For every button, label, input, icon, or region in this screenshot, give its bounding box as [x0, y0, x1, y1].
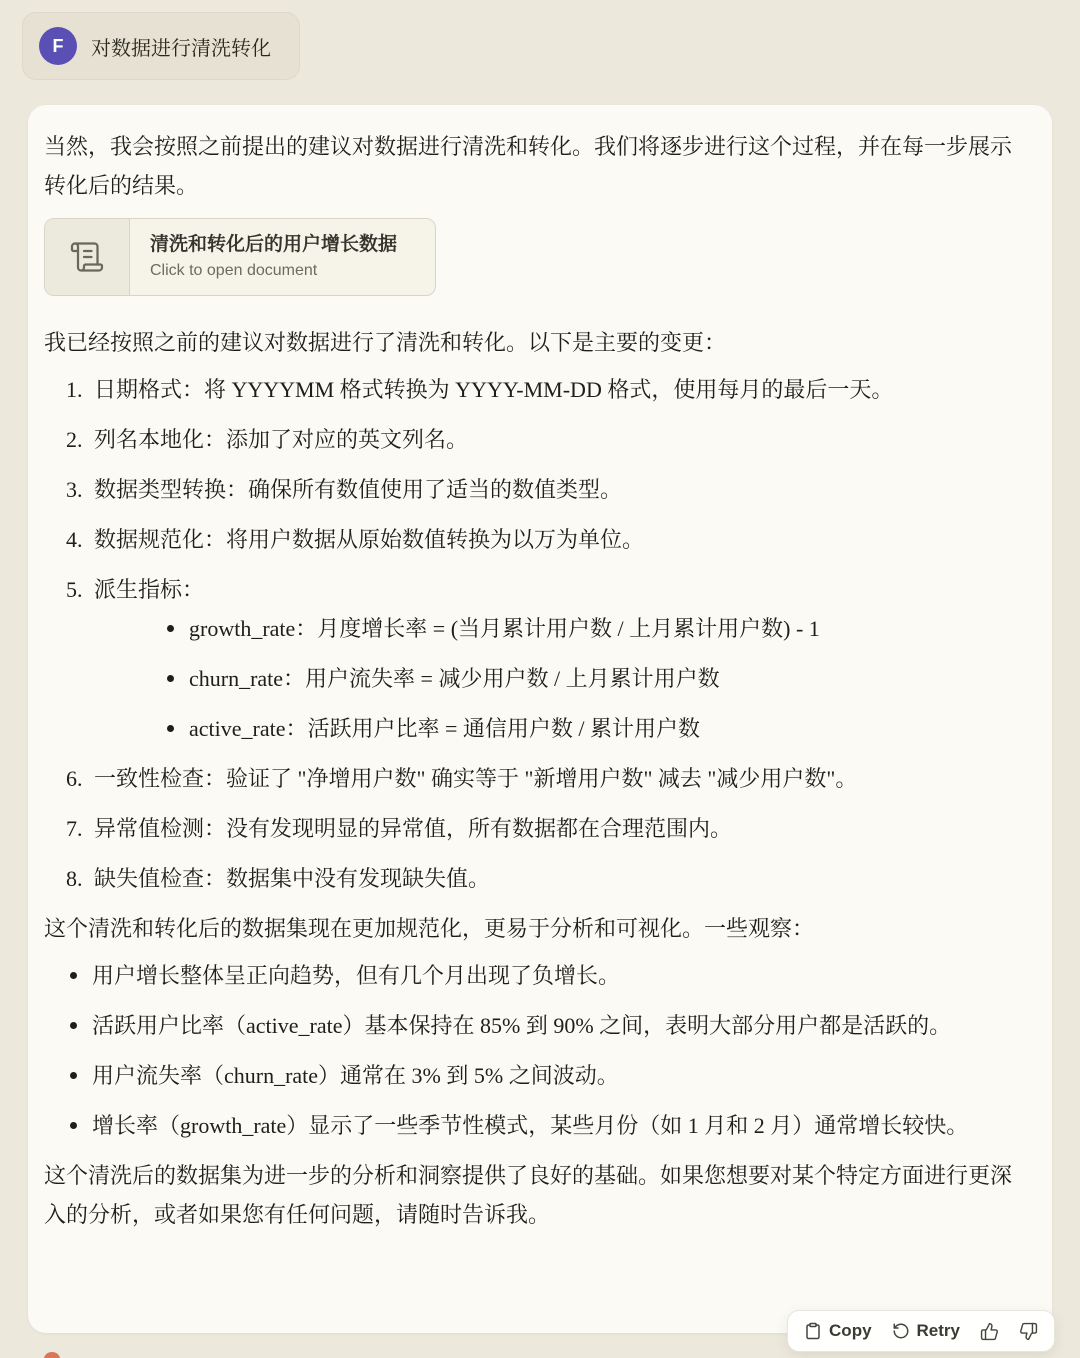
- list-item: 3. 数据类型转换：确保所有数值使用了适当的数值类型。: [44, 470, 1012, 509]
- list-item: 增长率（growth_rate）显示了一些季节性模式，某些月份（如 1 月和 2…: [44, 1106, 1012, 1145]
- list-item: 5. 派生指标： growth_rate：月度增长率 = (当月累计用户数 / …: [44, 570, 1012, 748]
- thumbs-down-button[interactable]: [1019, 1322, 1038, 1341]
- list-item: 活跃用户比率（active_rate）基本保持在 85% 到 90% 之间，表明…: [44, 1006, 1012, 1045]
- retry-button-label: Retry: [917, 1321, 960, 1341]
- list-item-text: 日期格式：将 YYYYMM 格式转换为 YYYY-MM-DD 格式，使用每月的最…: [94, 377, 893, 402]
- list-item: 用户流失率（churn_rate）通常在 3% 到 5% 之间波动。: [44, 1056, 1012, 1095]
- observations-list: 用户增长整体呈正向趋势，但有几个月出现了负增长。 活跃用户比率（active_r…: [44, 956, 1012, 1145]
- list-item-text: 数据类型转换：确保所有数值使用了适当的数值类型。: [94, 477, 622, 502]
- changes-list: 1. 日期格式：将 YYYYMM 格式转换为 YYYY-MM-DD 格式，使用每…: [44, 370, 1012, 898]
- bullet-dot-icon: [167, 625, 174, 632]
- user-message-text: 对数据进行清洗转化: [91, 32, 271, 61]
- list-item: 4. 数据规范化：将用户数据从原始数值转换为以万为单位。: [44, 520, 1012, 559]
- changes-intro-paragraph: 我已经按照之前的建议对数据进行了清洗和转化。以下是主要的变更：: [44, 323, 1012, 362]
- closing-paragraph: 这个清洗后的数据集为进一步的分析和洞察提供了良好的基础。如果您想要对某个特定方面…: [44, 1156, 1012, 1234]
- bullet-dot-icon: [70, 1022, 77, 1029]
- list-item-text: 用户流失率（churn_rate）通常在 3% 到 5% 之间波动。: [92, 1063, 619, 1088]
- clipboard-icon: [804, 1322, 822, 1340]
- retry-icon: [892, 1322, 910, 1340]
- list-item-text: 异常值检测：没有发现明显的异常值，所有数据都在合理范围内。: [94, 816, 732, 841]
- list-item-text: 数据规范化：将用户数据从原始数值转换为以万为单位。: [94, 527, 644, 552]
- list-item: 6. 一致性检查：验证了 "净增用户数" 确实等于 "新增用户数" 减去 "减少…: [44, 759, 1012, 798]
- thumbs-down-icon: [1019, 1322, 1038, 1341]
- bullet-dot-icon: [70, 1122, 77, 1129]
- derived-metrics-list: growth_rate：月度增长率 = (当月累计用户数 / 上月累计用户数) …: [94, 609, 1012, 748]
- message-toolbar: Copy Retry: [787, 1310, 1055, 1352]
- list-number: 2.: [66, 420, 83, 459]
- bullet-dot-icon: [167, 725, 174, 732]
- list-item: 1. 日期格式：将 YYYYMM 格式转换为 YYYY-MM-DD 格式，使用每…: [44, 370, 1012, 409]
- list-item-text: 列名本地化：添加了对应的英文列名。: [94, 427, 468, 452]
- list-item-text: churn_rate：用户流失率 = 减少用户数 / 上月累计用户数: [189, 666, 720, 691]
- list-number: 3.: [66, 470, 83, 509]
- claude-logo-peek: [44, 1352, 60, 1358]
- document-icon-cell: [45, 219, 130, 295]
- document-title: 清洗和转化后的用户增长数据: [150, 232, 397, 258]
- list-item-text: 用户增长整体呈正向趋势，但有几个月出现了负增长。: [92, 963, 620, 988]
- bullet-dot-icon: [70, 1072, 77, 1079]
- user-message-bubble: F 对数据进行清洗转化: [22, 12, 300, 80]
- bullet-dot-icon: [167, 675, 174, 682]
- list-item-text: 增长率（growth_rate）显示了一些季节性模式，某些月份（如 1 月和 2…: [92, 1113, 968, 1138]
- list-number: 1.: [66, 370, 83, 409]
- scroll-icon: [69, 239, 105, 275]
- intro-paragraph: 当然，我会按照之前提出的建议对数据进行清洗和转化。我们将逐步进行这个过程，并在每…: [44, 127, 1012, 205]
- copy-button[interactable]: Copy: [804, 1321, 872, 1341]
- user-avatar: F: [39, 27, 77, 65]
- assistant-message-card: 当然，我会按照之前提出的建议对数据进行清洗和转化。我们将逐步进行这个过程，并在每…: [28, 105, 1052, 1333]
- document-subtitle: Click to open document: [150, 260, 397, 282]
- list-item-text: 一致性检查：验证了 "净增用户数" 确实等于 "新增用户数" 减去 "减少用户数…: [94, 766, 857, 791]
- list-item: 用户增长整体呈正向趋势，但有几个月出现了负增长。: [44, 956, 1012, 995]
- copy-button-label: Copy: [829, 1321, 872, 1341]
- thumbs-up-button[interactable]: [980, 1322, 999, 1341]
- document-info: 清洗和转化后的用户增长数据 Click to open document: [130, 219, 413, 295]
- thumbs-up-icon: [980, 1322, 999, 1341]
- list-item: 2. 列名本地化：添加了对应的英文列名。: [44, 420, 1012, 459]
- bullet-dot-icon: [70, 972, 77, 979]
- list-number: 7.: [66, 809, 83, 848]
- list-item-text: 活跃用户比率（active_rate）基本保持在 85% 到 90% 之间，表明…: [92, 1013, 951, 1038]
- list-item: 8. 缺失值检查：数据集中没有发现缺失值。: [44, 859, 1012, 898]
- list-item-text: 缺失值检查：数据集中没有发现缺失值。: [94, 866, 490, 891]
- list-item: growth_rate：月度增长率 = (当月累计用户数 / 上月累计用户数) …: [94, 609, 1012, 648]
- list-item-text: active_rate：活跃用户比率 = 通信用户数 / 累计用户数: [189, 716, 700, 741]
- observations-intro-paragraph: 这个清洗和转化后的数据集现在更加规范化，更易于分析和可视化。一些观察：: [44, 909, 1012, 948]
- list-item-text: growth_rate：月度增长率 = (当月累计用户数 / 上月累计用户数) …: [189, 616, 820, 641]
- list-number: 6.: [66, 759, 83, 798]
- retry-button[interactable]: Retry: [892, 1321, 960, 1341]
- list-number: 4.: [66, 520, 83, 559]
- list-item: churn_rate：用户流失率 = 减少用户数 / 上月累计用户数: [94, 659, 1012, 698]
- list-item: 7. 异常值检测：没有发现明显的异常值，所有数据都在合理范围内。: [44, 809, 1012, 848]
- list-item-text: 派生指标：: [94, 577, 204, 602]
- list-number: 5.: [66, 570, 83, 609]
- document-card[interactable]: 清洗和转化后的用户增长数据 Click to open document: [44, 218, 436, 296]
- list-item: active_rate：活跃用户比率 = 通信用户数 / 累计用户数: [94, 709, 1012, 748]
- list-number: 8.: [66, 859, 83, 898]
